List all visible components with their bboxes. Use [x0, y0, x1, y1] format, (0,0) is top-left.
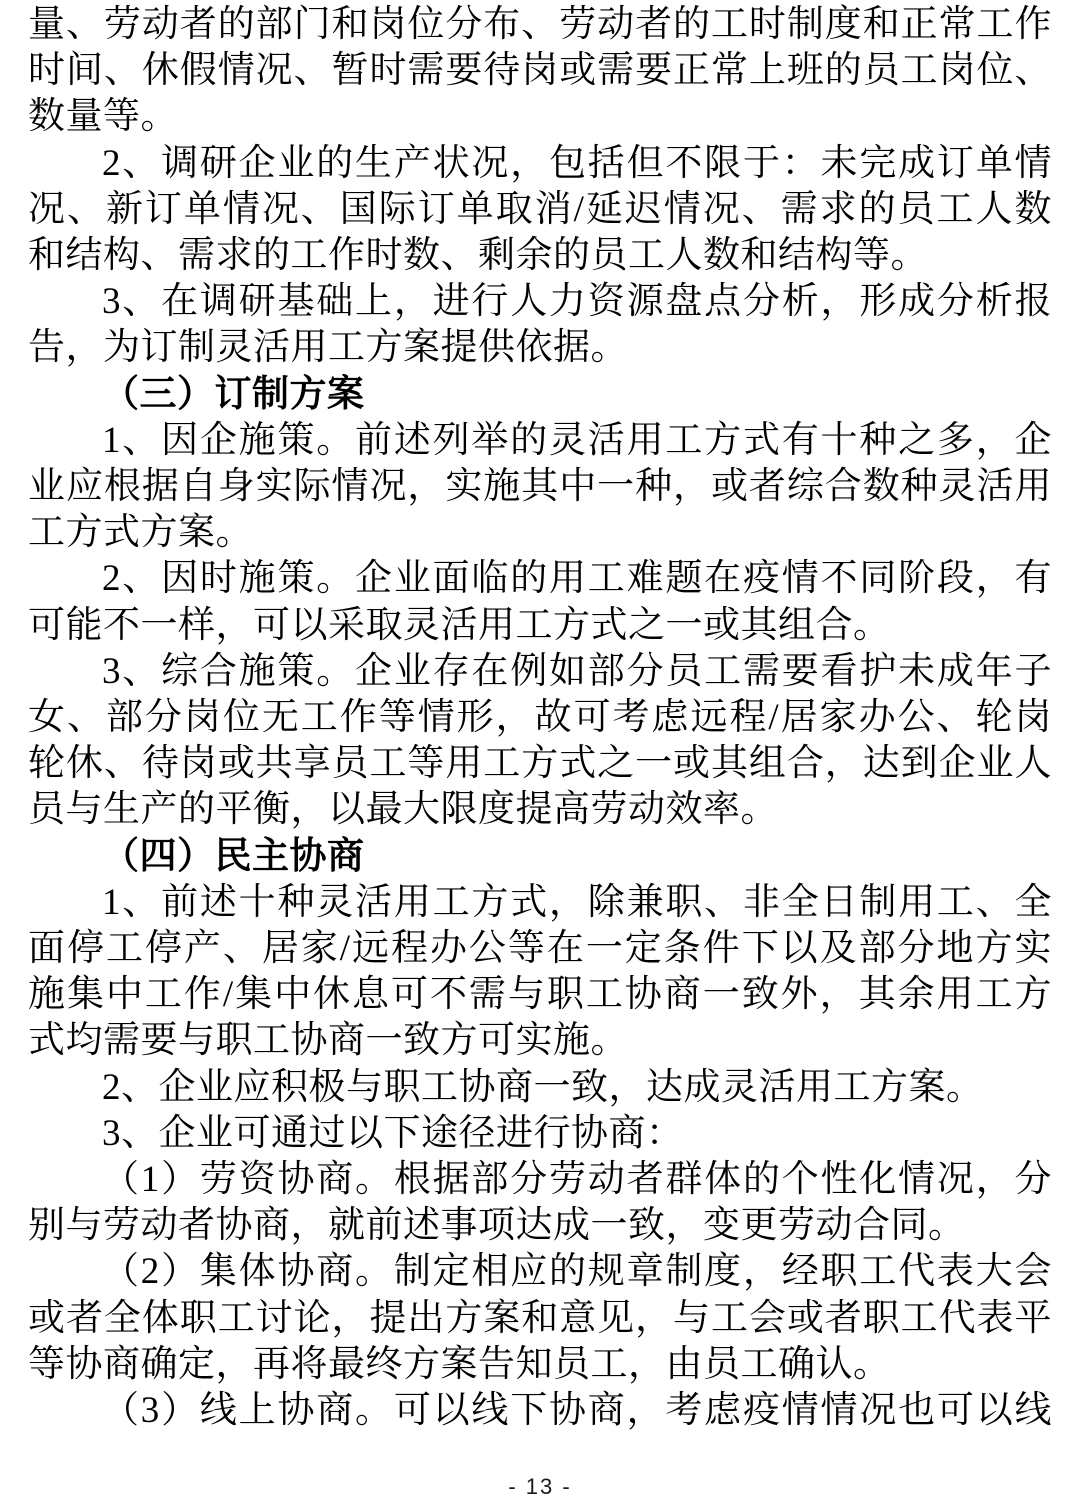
section-heading: （四）民主协商 [28, 834, 1052, 880]
text-line: 等协商确定，再将最终方案告知员工，由员工确认。 [28, 1342, 1052, 1388]
document-page: 量、劳动者的部门和岗位分布、劳动者的工时制度和正常工作时间、休假情况、暂时需要待… [0, 0, 1080, 1503]
text-line: 告，为订制灵活用工方案提供依据。 [28, 325, 1052, 371]
text-line: 况、新订单情况、国际订单取消/延迟情况、需求的员工人数 [28, 187, 1052, 233]
page-footer: - 13 - [28, 1474, 1052, 1500]
text-line: 和结构、需求的工作时数、剩余的员工人数和结构等。 [28, 233, 1052, 279]
text-line: 3、综合施策。企业存在例如部分员工需要看护未成年子 [28, 649, 1052, 695]
text-line: 1、前述十种灵活用工方式，除兼职、非全日制用工、全 [28, 880, 1052, 926]
text-line: 1、因企施策。前述列举的灵活用工方式有十种之多，企 [28, 418, 1052, 464]
text-line: 施集中工作/集中休息可不需与职工协商一致外，其余用工方 [28, 972, 1052, 1018]
text-line: 2、调研企业的生产状况，包括但不限于：未完成订单情 [28, 141, 1052, 187]
text-line: 可能不一样，可以采取灵活用工方式之一或其组合。 [28, 603, 1052, 649]
text-line: （1）劳资协商。根据部分劳动者群体的个性化情况，分 [28, 1157, 1052, 1203]
text-line: 时间、休假情况、暂时需要待岗或需要正常上班的员工岗位、 [28, 48, 1052, 94]
section-heading: （三）订制方案 [28, 372, 1052, 418]
text-line: 或者全体职工讨论，提出方案和意见，与工会或者职工代表平 [28, 1296, 1052, 1342]
text-line: 式均需要与职工协商一致方可实施。 [28, 1018, 1052, 1064]
text-line: 面停工停产、居家/远程办公等在一定条件下以及部分地方实 [28, 926, 1052, 972]
document-body: 量、劳动者的部门和岗位分布、劳动者的工时制度和正常工作时间、休假情况、暂时需要待… [28, 2, 1052, 1434]
text-line: 员与生产的平衡，以最大限度提高劳动效率。 [28, 787, 1052, 833]
text-line: 工方式方案。 [28, 510, 1052, 556]
text-line: 女、部分岗位无工作等情形，故可考虑远程/居家办公、轮岗 [28, 695, 1052, 741]
text-line: 3、在调研基础上，进行人力资源盘点分析，形成分析报 [28, 279, 1052, 325]
text-line: （2）集体协商。制定相应的规章制度，经职工代表大会 [28, 1249, 1052, 1295]
text-line: 别与劳动者协商，就前述事项达成一致，变更劳动合同。 [28, 1203, 1052, 1249]
text-line: 3、企业可通过以下途径进行协商： [28, 1111, 1052, 1157]
text-line: 数量等。 [28, 94, 1052, 140]
text-line: （3）线上协商。可以线下协商，考虑疫情情况也可以线 [28, 1388, 1052, 1434]
text-line: 2、企业应积极与职工协商一致，达成灵活用工方案。 [28, 1065, 1052, 1111]
text-line: 业应根据自身实际情况，实施其中一种，或者综合数种灵活用 [28, 464, 1052, 510]
text-line: 量、劳动者的部门和岗位分布、劳动者的工时制度和正常工作 [28, 2, 1052, 48]
text-line: 2、因时施策。企业面临的用工难题在疫情不同阶段，有 [28, 556, 1052, 602]
page-number: - 13 - [508, 1474, 571, 1499]
text-line: 轮休、待岗或共享员工等用工方式之一或其组合，达到企业人 [28, 741, 1052, 787]
